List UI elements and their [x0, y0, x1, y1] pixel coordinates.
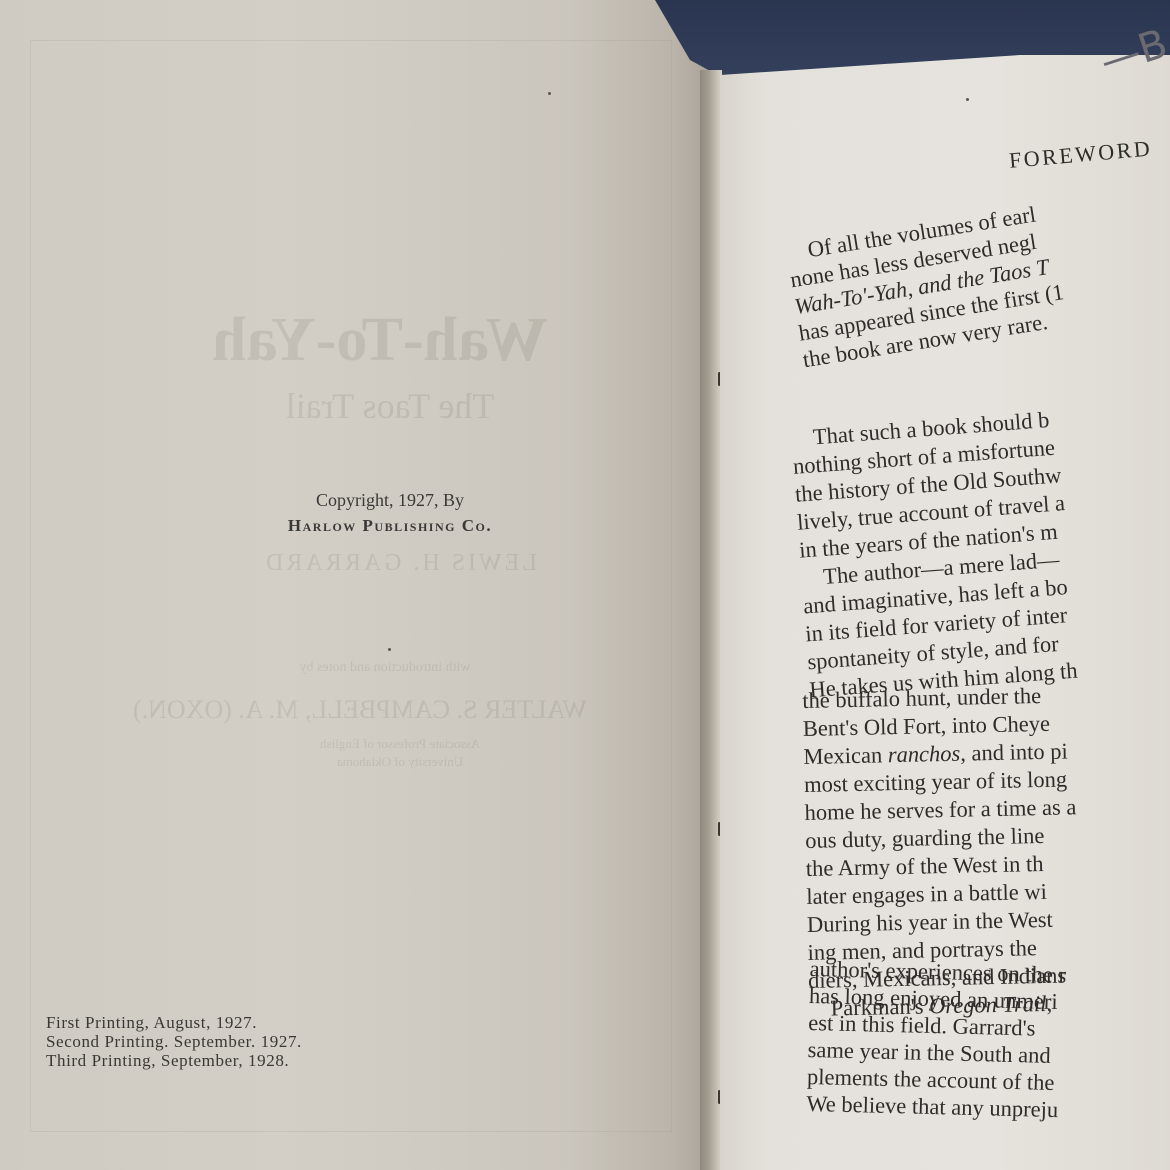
pencil-annotation: —B — [1095, 21, 1170, 86]
paper-speck — [388, 648, 391, 651]
foreword-paragraph-4: author's experiences on the rhas long en… — [806, 955, 1066, 1123]
paper-speck — [548, 92, 551, 95]
foreword-line: During his year in the West — [807, 905, 1079, 939]
foreword-paragraph-1: Of all the volumes of earlnone has less … — [784, 198, 1070, 373]
foreword-text: —B FOREWORD Of all the volumes of earlno… — [0, 0, 1170, 1170]
foreword-paragraph-2: That such a book should bnothing short o… — [790, 405, 1079, 704]
foreword-line: We believe that any unpreju — [806, 1090, 1063, 1123]
foreword-heading: FOREWORD — [1008, 135, 1153, 173]
paper-speck — [966, 98, 969, 101]
